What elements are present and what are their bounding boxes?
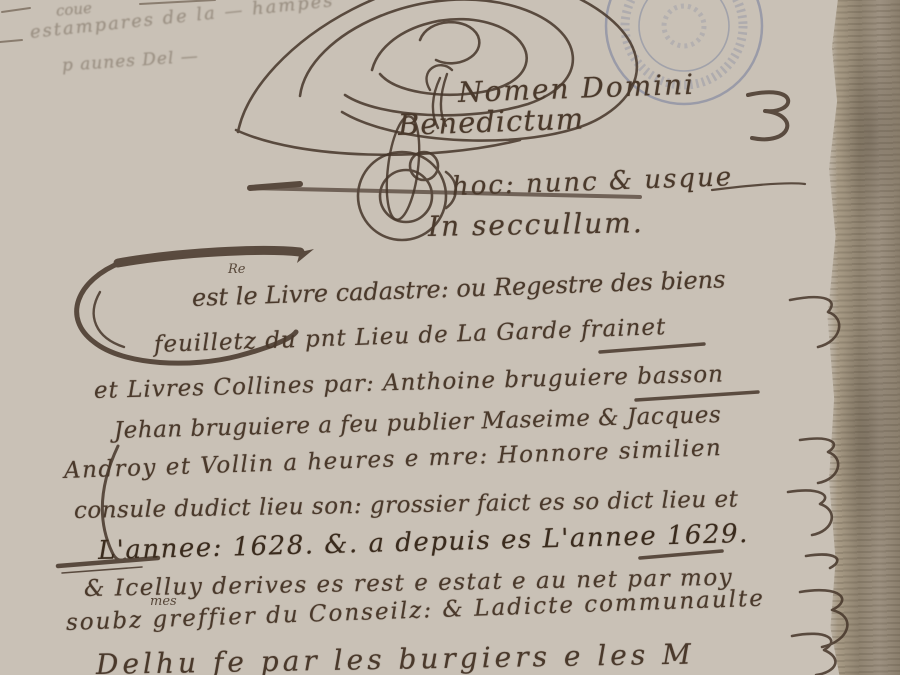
body-line-3: et Livres Collines par: Anthoine bruguie… xyxy=(94,362,725,404)
body-line-2: feuilletz du pnt Lieu de La Garde fraine… xyxy=(154,314,667,358)
faded-marginalia-line: p aunes Del — xyxy=(61,46,199,76)
page-edge xyxy=(826,0,900,675)
body-line-10-cutoff: Delhu fe par les burgiers e les M xyxy=(96,638,695,675)
body-line-7-years: L'annee: 1628. &. a depuis es L'annee 16… xyxy=(98,519,750,566)
invocation-line-3: hoc: nunc & usque xyxy=(451,162,733,202)
body-line-1: est le Livre cadastre: ou Regestre des b… xyxy=(192,265,726,312)
invocation-line-4: In seccullum. xyxy=(428,206,644,243)
manuscript-photo: coue estampares de la — hampes p aunes D… xyxy=(0,0,900,675)
body-line-6: consule dudict lieu son: grossier faict … xyxy=(74,486,739,524)
superscript-abbreviation: Re xyxy=(228,262,245,277)
invocation-line-2: Benedictum xyxy=(397,102,584,142)
